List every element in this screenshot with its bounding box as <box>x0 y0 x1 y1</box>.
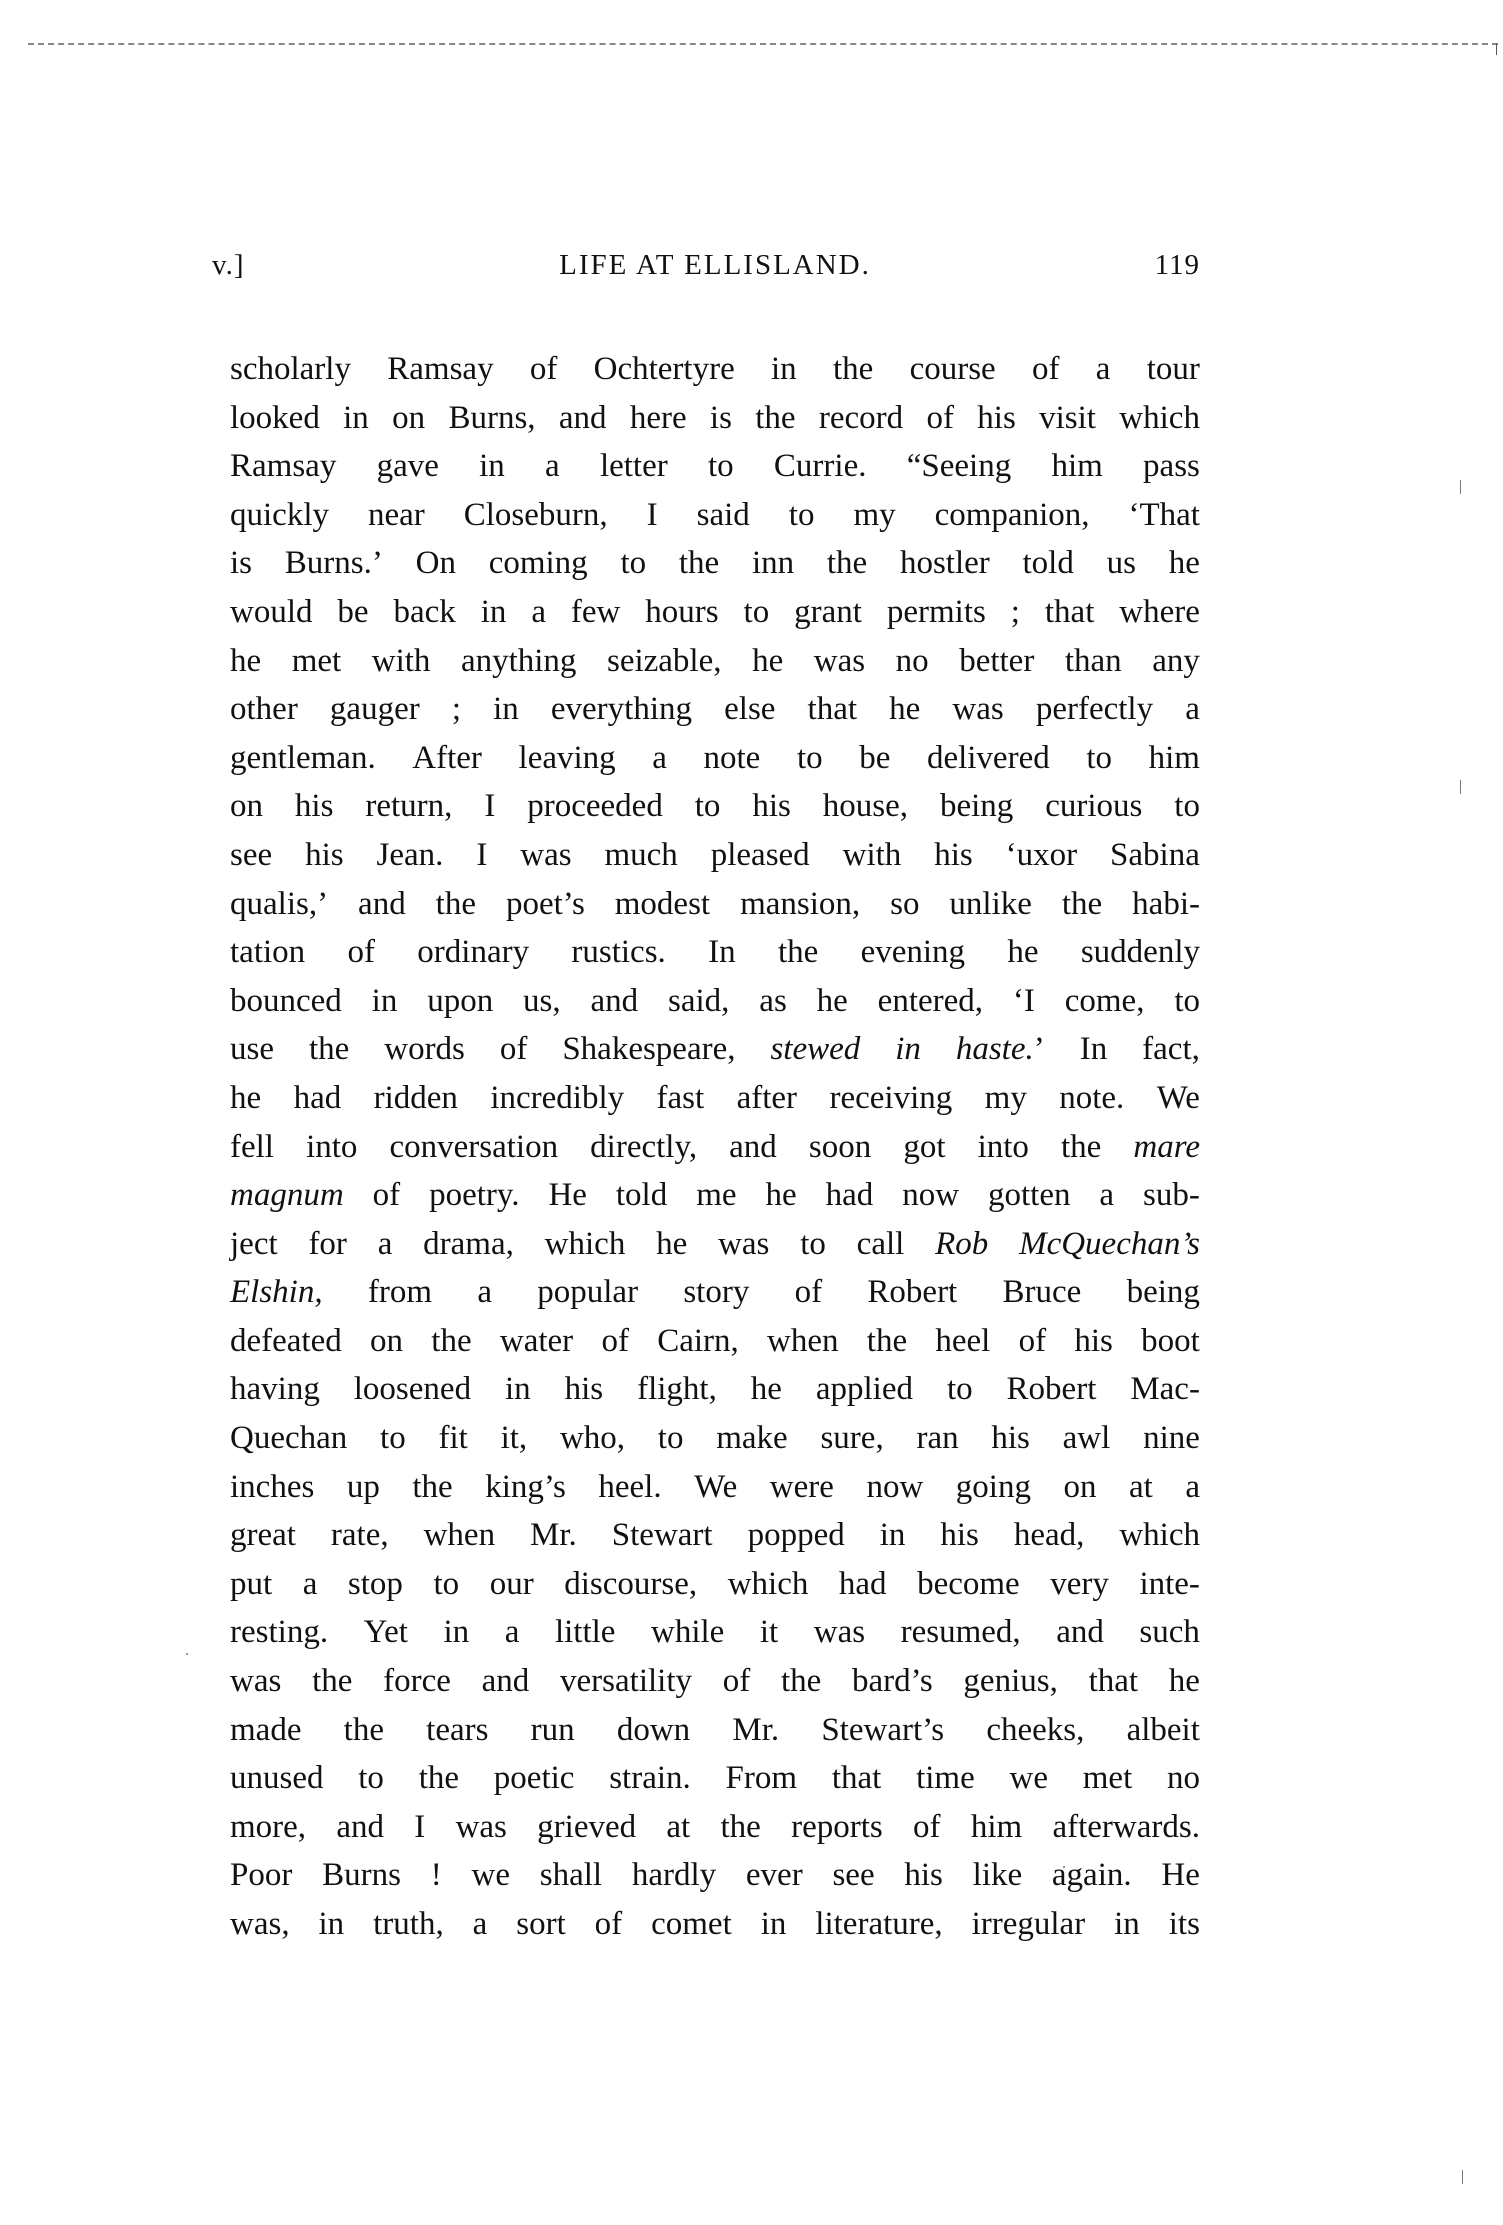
text-line: othergauger;ineverythingelsethathewasper… <box>230 685 1200 734</box>
word: become <box>917 1560 1020 1609</box>
word: the <box>781 1657 821 1706</box>
word: me <box>696 1171 736 1220</box>
word: us, <box>523 977 561 1026</box>
word: He <box>548 1171 586 1220</box>
word: that <box>1045 588 1094 637</box>
word: sort <box>516 1900 566 1949</box>
scan-speck <box>1063 1866 1065 1868</box>
word: in <box>444 1608 470 1657</box>
word: visit <box>1039 394 1096 443</box>
word: now <box>902 1171 959 1220</box>
word: In <box>1080 1025 1108 1074</box>
word: We <box>1157 1074 1200 1123</box>
word: sure, <box>820 1414 883 1463</box>
text-line: putastoptoourdiscourse,whichhadbecomever… <box>230 1560 1200 1609</box>
word: on <box>1063 1463 1096 1512</box>
word: Bruce <box>1003 1268 1082 1317</box>
word: ordinary <box>417 928 529 977</box>
word: after <box>737 1074 797 1123</box>
word: irregular <box>972 1900 1086 1949</box>
word: to <box>789 491 815 540</box>
word: king’s <box>485 1463 566 1512</box>
word: entered, <box>878 977 983 1026</box>
word: was, <box>230 1900 290 1949</box>
word: Mr. <box>732 1706 779 1755</box>
word: Stewart <box>612 1511 713 1560</box>
word: come, <box>1065 977 1145 1026</box>
word: met <box>1083 1754 1132 1803</box>
word: Robert <box>1007 1365 1097 1414</box>
word: a <box>1185 685 1200 734</box>
word: Burns.’ <box>285 539 383 588</box>
word: evening <box>861 928 965 977</box>
word: Quechan <box>230 1414 347 1463</box>
word: bounced <box>230 977 342 1026</box>
word: Cairn, <box>657 1317 739 1366</box>
word: he <box>1007 928 1038 977</box>
word: popped <box>748 1511 845 1560</box>
text-line: was,intruth,asortofcometinliterature,irr… <box>230 1900 1200 1949</box>
word: such <box>1139 1608 1200 1657</box>
word: poetry. <box>429 1171 519 1220</box>
word: we <box>1010 1754 1048 1803</box>
word: while <box>651 1608 724 1657</box>
word: be <box>337 588 368 637</box>
word: him <box>1051 442 1102 491</box>
word: quickly <box>230 491 329 540</box>
text-line: more,andIwasgrievedatthereportsofhimafte… <box>230 1803 1200 1852</box>
word: Closeburn, <box>464 491 608 540</box>
word: suddenly <box>1081 928 1200 977</box>
word: Mac- <box>1130 1365 1200 1414</box>
word: perfectly <box>1036 685 1153 734</box>
word: Elshin, <box>230 1268 323 1317</box>
word: run <box>531 1706 575 1755</box>
word: was <box>952 685 1003 734</box>
running-title: LIFE AT ELLISLAND. <box>230 249 1200 282</box>
word: sub- <box>1143 1171 1200 1220</box>
word: being <box>940 782 1013 831</box>
word: from <box>368 1268 432 1317</box>
text-line: wastheforceandversatilityofthebard’sgeni… <box>230 1657 1200 1706</box>
word: fact, <box>1142 1025 1200 1074</box>
word: when <box>767 1317 838 1366</box>
scan-speck <box>1462 2170 1463 2184</box>
text-line: Quechantofitit,who,tomakesure,ranhisawln… <box>230 1414 1200 1463</box>
word: awl <box>1063 1414 1111 1463</box>
word: words <box>384 1025 465 1074</box>
word: would <box>230 588 313 637</box>
word: him <box>1149 734 1200 783</box>
word: hours <box>645 588 718 637</box>
word: to <box>658 1414 684 1463</box>
word: got <box>903 1123 945 1172</box>
word: flight, <box>637 1365 717 1414</box>
word: and <box>591 977 639 1026</box>
word: his <box>295 782 334 831</box>
text-line: jectforadrama,whichhewastocallRobMcQuech… <box>230 1220 1200 1269</box>
word: with <box>843 831 902 880</box>
text-line: tationofordinaryrustics.Intheeveninghesu… <box>230 928 1200 977</box>
word: on <box>230 782 263 831</box>
word: to <box>433 1560 459 1609</box>
word: of <box>913 1803 941 1852</box>
word: of <box>595 1900 623 1949</box>
word: afterwards. <box>1052 1803 1200 1852</box>
word: Shakespeare, <box>562 1025 735 1074</box>
page-number: 119 <box>1155 249 1200 282</box>
word: conversation <box>389 1123 558 1172</box>
word: in <box>481 588 507 637</box>
word: that <box>832 1754 881 1803</box>
scan-top-edge <box>28 43 1498 45</box>
word: no <box>896 637 929 686</box>
word: note <box>704 734 761 783</box>
word: gentleman. <box>230 734 376 783</box>
word: permits <box>887 588 986 637</box>
word: as <box>759 977 787 1026</box>
word: that <box>1089 1657 1138 1706</box>
word: discourse, <box>564 1560 697 1609</box>
word: he <box>230 1074 261 1123</box>
text-line: resting.Yetinalittlewhileitwasresumed,an… <box>230 1608 1200 1657</box>
word: modest <box>615 880 710 929</box>
word: mare <box>1133 1123 1200 1172</box>
word: him <box>971 1803 1022 1852</box>
word: McQuechan’s <box>1019 1220 1200 1269</box>
word: gave <box>377 442 439 491</box>
word: is <box>710 394 732 443</box>
word: his <box>934 831 973 880</box>
word: in <box>1114 1900 1140 1949</box>
running-head: v.] LIFE AT ELLISLAND. 119 <box>230 249 1200 289</box>
word: proceeded <box>527 782 663 831</box>
word: defeated <box>230 1317 342 1366</box>
word: was <box>456 1803 507 1852</box>
word: “Seeing <box>907 442 1011 491</box>
word: a <box>1099 1171 1114 1220</box>
word: in <box>505 1365 531 1414</box>
word: he <box>765 1171 796 1220</box>
word: much <box>604 831 677 880</box>
word: that <box>808 685 857 734</box>
word: his <box>904 1851 943 1900</box>
word: its <box>1169 1900 1200 1949</box>
word: and <box>358 880 406 929</box>
word: Ramsay <box>230 442 336 491</box>
word: poetic <box>494 1754 575 1803</box>
word: the <box>721 1803 761 1852</box>
word: was <box>520 831 571 880</box>
word: stop <box>348 1560 403 1609</box>
word: course <box>910 345 996 394</box>
word: the <box>1062 880 1102 929</box>
word: hardly <box>632 1851 716 1900</box>
word: the <box>778 928 818 977</box>
word: inn <box>752 539 794 588</box>
word: was <box>814 1608 865 1657</box>
text-line: bouncedinuponus,andsaid,asheentered,‘Ico… <box>230 977 1200 1026</box>
word: into <box>306 1123 357 1172</box>
word: were <box>770 1463 834 1512</box>
word: time <box>916 1754 975 1803</box>
word: From <box>726 1754 798 1803</box>
word: coming <box>489 539 588 588</box>
text-line: defeatedonthewaterofCairn,whentheheelofh… <box>230 1317 1200 1366</box>
word: in <box>895 1025 921 1074</box>
word: inches <box>230 1463 314 1512</box>
text-line: gentleman.Afterleavinganotetobedelivered… <box>230 734 1200 783</box>
word: to <box>1086 734 1112 783</box>
word: who, <box>560 1414 625 1463</box>
word: of <box>795 1268 823 1317</box>
word: into <box>978 1123 1029 1172</box>
word: the <box>419 1754 459 1803</box>
word: and <box>1056 1608 1104 1657</box>
word: ‘I <box>1013 977 1035 1026</box>
word: seizable, <box>607 637 722 686</box>
word: Poor <box>230 1851 292 1900</box>
word: he <box>1169 539 1200 588</box>
word: qualis,’ <box>230 880 328 929</box>
word: story <box>683 1268 749 1317</box>
word: delivered <box>927 734 1050 783</box>
word: in <box>771 345 797 394</box>
word: force <box>383 1657 451 1706</box>
word: genius, <box>963 1657 1057 1706</box>
word: a <box>378 1220 393 1269</box>
word: the <box>431 1317 471 1366</box>
scan-speck <box>186 1653 188 1655</box>
word: in <box>372 977 398 1026</box>
word: strain. <box>609 1754 691 1803</box>
word: see <box>230 831 272 880</box>
text-line: lookedinonBurns,andhereistherecordofhisv… <box>230 394 1200 443</box>
word: poet’s <box>506 880 585 929</box>
word: I <box>484 782 495 831</box>
word: magnum <box>230 1171 344 1220</box>
word: any <box>1152 637 1200 686</box>
word: the <box>867 1317 907 1366</box>
word: his <box>565 1365 604 1414</box>
word: On <box>416 539 456 588</box>
word: the <box>344 1706 384 1755</box>
word: few <box>571 588 620 637</box>
text-line: hehadriddenincrediblyfastafterreceivingm… <box>230 1074 1200 1123</box>
word: is <box>230 539 252 588</box>
word: said <box>697 491 750 540</box>
word: Robert <box>867 1268 957 1317</box>
word: had <box>839 1560 887 1609</box>
word: anything <box>461 637 576 686</box>
word: We <box>694 1463 737 1512</box>
word: he <box>817 977 848 1026</box>
word: shall <box>540 1851 602 1900</box>
word: of <box>500 1025 528 1074</box>
word: Jean. <box>377 831 444 880</box>
word: heel <box>935 1317 990 1366</box>
word: his <box>1074 1317 1113 1366</box>
scan-speck <box>1460 780 1461 794</box>
word: of <box>601 1317 629 1366</box>
word: be <box>859 734 890 783</box>
word: than <box>1065 637 1122 686</box>
word: had <box>294 1074 342 1123</box>
word: back <box>394 588 456 637</box>
text-line: qualis,’andthepoet’smodestmansion,sounli… <box>230 880 1200 929</box>
word: tears <box>426 1706 488 1755</box>
word: ‘That <box>1128 491 1199 540</box>
word: I <box>647 491 658 540</box>
word: which <box>1119 394 1200 443</box>
word: more, <box>230 1803 306 1852</box>
word: Mr. <box>530 1511 577 1560</box>
word: no <box>1167 1754 1200 1803</box>
word: of <box>723 1657 751 1706</box>
word: in <box>880 1511 906 1560</box>
word: near <box>368 491 425 540</box>
word: fast <box>657 1074 705 1123</box>
word: better <box>959 637 1034 686</box>
word: Rob <box>935 1220 988 1269</box>
word: soon <box>809 1123 871 1172</box>
text-line: seehisJean.Iwasmuchpleasedwithhis‘uxorSa… <box>230 831 1200 880</box>
word: our <box>490 1560 534 1609</box>
word: tation <box>230 928 305 977</box>
word: to <box>695 782 721 831</box>
word: ridden <box>374 1074 458 1123</box>
word: He <box>1161 1851 1199 1900</box>
word: In <box>708 928 736 977</box>
word: now <box>866 1463 923 1512</box>
word: curious <box>1045 782 1142 831</box>
word: stewed <box>770 1025 860 1074</box>
word: to <box>380 1414 406 1463</box>
word: make <box>716 1414 787 1463</box>
word: gotten <box>988 1171 1070 1220</box>
word: the <box>1061 1123 1101 1172</box>
scan-speck <box>1460 480 1461 494</box>
word: had <box>826 1171 874 1220</box>
word: of <box>530 345 558 394</box>
word: looked <box>230 394 320 443</box>
word: to <box>947 1365 973 1414</box>
word: Ochtertyre <box>594 345 735 394</box>
word: literature, <box>815 1900 942 1949</box>
word: was <box>814 637 865 686</box>
word: it, <box>501 1414 528 1463</box>
word: his <box>991 1414 1030 1463</box>
word: told <box>1023 539 1074 588</box>
word: he <box>656 1220 687 1269</box>
word: record <box>819 394 903 443</box>
word: fell <box>230 1123 274 1172</box>
word: upon <box>427 977 493 1026</box>
word: a <box>531 588 546 637</box>
word: and <box>336 1803 384 1852</box>
word: a <box>477 1268 492 1317</box>
word: fit <box>438 1414 467 1463</box>
word: a <box>545 442 560 491</box>
word: to <box>744 588 770 637</box>
word: After <box>412 734 482 783</box>
word: us <box>1107 539 1136 588</box>
word: versatility <box>560 1657 692 1706</box>
word: the <box>312 1657 352 1706</box>
word: return, <box>365 782 452 831</box>
word: in <box>761 1900 787 1949</box>
text-line: wouldbebackinafewhourstograntpermits;tha… <box>230 588 1200 637</box>
word: a <box>303 1560 318 1609</box>
word: house, <box>823 782 908 831</box>
word: was <box>718 1220 769 1269</box>
word: he <box>889 685 920 734</box>
word: see <box>832 1851 874 1900</box>
word: ject <box>230 1220 278 1269</box>
word: at <box>1129 1463 1153 1512</box>
word: like <box>973 1851 1022 1900</box>
word: resumed, <box>901 1608 1021 1657</box>
word: put <box>230 1560 272 1609</box>
word: rustics. <box>571 928 665 977</box>
word: his <box>940 1511 979 1560</box>
word: his <box>752 782 791 831</box>
scan-corner-mark <box>1496 43 1497 55</box>
word: ever <box>746 1851 803 1900</box>
word: bard’s <box>852 1657 933 1706</box>
word: of <box>347 928 375 977</box>
word: a <box>505 1608 520 1657</box>
word: companion, <box>935 491 1090 540</box>
word: to <box>620 539 646 588</box>
word: a <box>652 734 667 783</box>
word: grant <box>794 588 862 637</box>
word: of <box>926 394 954 443</box>
text-line: unusedtothepoeticstrain.Fromthattimeweme… <box>230 1754 1200 1803</box>
word: of <box>373 1171 401 1220</box>
word: the <box>412 1463 452 1512</box>
word: Currie. <box>774 442 867 491</box>
word: ran <box>916 1414 958 1463</box>
word: pleased <box>711 831 810 880</box>
word: a <box>1096 345 1111 394</box>
text-line: hemetwithanythingseizable,hewasnobettert… <box>230 637 1200 686</box>
word: Burns <box>322 1851 401 1900</box>
word: where <box>1119 588 1200 637</box>
text-line: isBurns.’Oncomingtotheinnthehostlertoldu… <box>230 539 1200 588</box>
word: again. <box>1052 1851 1132 1900</box>
word: resting. <box>230 1608 328 1657</box>
word: at <box>666 1803 690 1852</box>
word: very <box>1050 1560 1109 1609</box>
text-line: havingloosenedinhisflight,heappliedtoRob… <box>230 1365 1200 1414</box>
word: mansion, <box>740 880 860 929</box>
text-line: inchesuptheking’sheel.Wewerenowgoingonat… <box>230 1463 1200 1512</box>
word: of <box>1019 1317 1047 1366</box>
word: it <box>760 1608 778 1657</box>
word: everything <box>551 685 692 734</box>
word: letter <box>600 442 668 491</box>
word: reports <box>791 1803 883 1852</box>
word: being <box>1127 1268 1200 1317</box>
word: and <box>559 394 607 443</box>
word: his <box>305 831 344 880</box>
word: in <box>319 1900 345 1949</box>
word: loosened <box>354 1365 471 1414</box>
text-line: RamsaygaveinalettertoCurrie.“Seeinghimpa… <box>230 442 1200 491</box>
word: scholarly <box>230 345 351 394</box>
word: a <box>1185 1463 1200 1512</box>
